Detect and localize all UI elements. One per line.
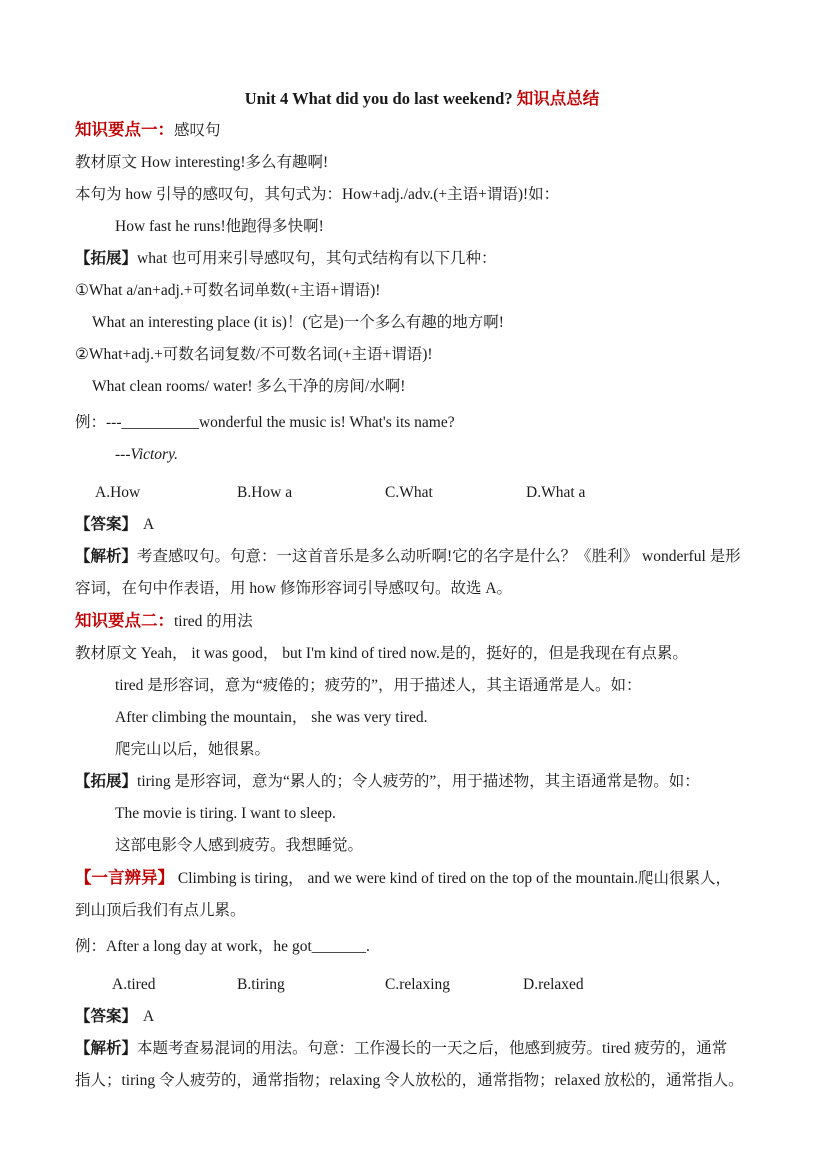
section2-tiring-example-en: The movie is tiring. I want to sleep.	[75, 798, 769, 830]
analysis-label: 【解析】	[75, 548, 137, 565]
section1-heading-label: 知识要点一：	[75, 120, 174, 139]
section2-heading-label: 知识要点二：	[75, 611, 174, 630]
section2-options-row: A.tired B.tiring C.relaxing D.relaxed	[75, 969, 769, 1001]
section1-expand-line: 【拓展】what 也可用来引导感叹句，其句式结构有以下几种：	[75, 243, 769, 275]
section1-pattern2: ②What+adj.+可数名词复数/不可数名词(+主语+谓语)!	[75, 339, 769, 371]
option-b: B.How a	[237, 477, 385, 509]
section2-source-line: 教材原文 Yeah， it was good， but I'm kind of …	[75, 638, 769, 670]
option-a: A.How	[95, 477, 237, 509]
option-a: A.tired	[112, 969, 237, 1001]
section2-tiring-example-cn: 这部电影令人感到疲劳。我想睡觉。	[75, 830, 769, 862]
section1-pattern1-example: What an interesting place (it is)！(它是)一个…	[75, 307, 769, 339]
expand-text: what 也可用来引导感叹句，其句式结构有以下几种：	[137, 250, 497, 267]
section2-tired-example-en: After climbing the mountain， she was ver…	[75, 702, 769, 734]
section1-answer-line: 【答案】A	[75, 509, 769, 541]
analysis-text1: 考查感叹句。句意：一这首音乐是多么动听啊!它的名字是什么？《胜利》 wonder…	[137, 548, 741, 565]
analysis-label-2: 【解析】	[75, 1040, 137, 1057]
section1-pattern1: ①What a/an+adj.+可数名词单数(+主语+谓语)!	[75, 275, 769, 307]
section2-example-question: 例：After a long day at work，he got_______…	[75, 931, 769, 963]
section1-source-line: 教材原文 How interesting!多么有趣啊!	[75, 147, 769, 179]
section2-tired-rule: tired 是形容词，意为“疲倦的；疲劳的”，用于描述人，其主语通常是人。如：	[75, 670, 769, 702]
section2-analysis-line1: 【解析】本题考查易混词的用法。句意：工作漫长的一天之后，他感到疲劳。tired …	[75, 1033, 769, 1065]
option-d: D.relaxed	[523, 969, 769, 1001]
answer-label: 【答案】	[75, 516, 137, 533]
section1-options-row: A.How B.How a C.What D.What a	[75, 477, 769, 509]
document-page: Unit 4 What did you do last weekend? 知识点…	[0, 0, 827, 1097]
expand-label-2: 【拓展】	[75, 773, 137, 790]
compare-label: 【一言辨异】	[75, 868, 174, 887]
answer-value: A	[143, 516, 154, 533]
reply-dash: ---	[115, 446, 131, 463]
section1-rule-line: 本句为 how 引导的感叹句，其句式为：How+adj./adv.(+主语+谓语…	[75, 179, 769, 211]
section2-expand-line: 【拓展】tiring 是形容词，意为“累人的；令人疲劳的”，用于描述物，其主语通…	[75, 766, 769, 798]
option-c: C.What	[385, 477, 526, 509]
section1-rule-example: How fast he runs!他跑得多快啊!	[75, 211, 769, 243]
section1-heading: 知识要点一：感叹句	[75, 114, 769, 147]
answer-label-2: 【答案】	[75, 1008, 137, 1025]
page-title-english: Unit 4 What did you do last weekend?	[245, 89, 517, 108]
section2-answer-line: 【答案】A	[75, 1001, 769, 1033]
section2-heading-text: tired 的用法	[174, 613, 253, 630]
section1-example-question: 例：---__________wonderful the music is! W…	[75, 407, 769, 439]
section2-tired-example-cn: 爬完山以后，她很累。	[75, 734, 769, 766]
reply-victory: Victory.	[131, 446, 179, 463]
section2-compare-line1: 【一言辨异】 Climbing is tiring， and we were k…	[75, 862, 769, 895]
option-d: D.What a	[526, 477, 769, 509]
section2-analysis-line2: 指人；tiring 令人疲劳的，通常指物；relaxing 令人放松的，通常指物…	[75, 1065, 769, 1097]
section1-heading-text: 感叹句	[174, 122, 221, 139]
expand-label: 【拓展】	[75, 250, 137, 267]
expand-text-2: tiring 是形容词，意为“累人的；令人疲劳的”，用于描述物，其主语通常是物。…	[137, 773, 700, 790]
section1-analysis-line1: 【解析】考查感叹句。句意：一这首音乐是多么动听啊!它的名字是什么？《胜利》 wo…	[75, 541, 769, 573]
option-b: B.tiring	[237, 969, 385, 1001]
page-title: Unit 4 What did you do last weekend? 知识点…	[75, 84, 769, 114]
compare-text1: Climbing is tiring， and we were kind of …	[174, 870, 731, 887]
section2-heading: 知识要点二：tired 的用法	[75, 605, 769, 638]
section1-analysis-line2: 容词，在句中作表语，用 how 修饰形容词引导感叹句。故选 A。	[75, 573, 769, 605]
section1-example-reply: ---Victory.	[75, 439, 769, 471]
page-title-chinese: 知识点总结	[517, 89, 600, 108]
analysis-text1-2: 本题考查易混词的用法。句意：工作漫长的一天之后，他感到疲劳。tired 疲劳的，…	[137, 1040, 727, 1057]
section1-pattern2-example: What clean rooms/ water! 多么干净的房间/水啊!	[75, 371, 769, 403]
answer-value-2: A	[143, 1008, 154, 1025]
section2-compare-line2: 到山顶后我们有点儿累。	[75, 895, 769, 927]
option-c: C.relaxing	[385, 969, 523, 1001]
